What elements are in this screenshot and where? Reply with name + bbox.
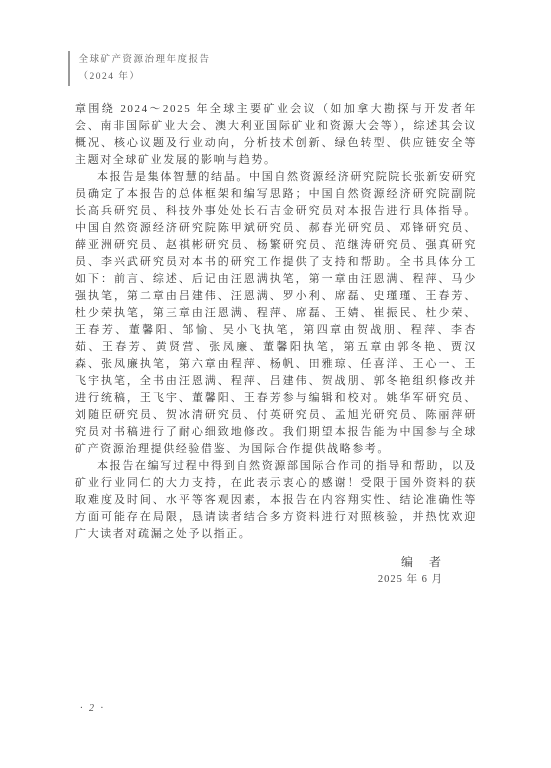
signature-date: 2025 年 6 月	[75, 572, 443, 587]
header-text: 全球矿产资源治理年度报告 （2024 年）	[79, 51, 211, 86]
paragraph-disclaimer: 本报告在编写过程中得到自然资源部国际合作司的指导和帮助，以及矿业行业同仁的大力支…	[75, 458, 477, 543]
page-body: 章围绕 2024～2025 年全球主要矿业会议（如加拿大勘探与开发者年会、南非国…	[75, 101, 477, 587]
page-number: · 2 ·	[80, 703, 105, 714]
header-rule	[68, 51, 70, 86]
report-year: （2024 年）	[79, 69, 211, 86]
running-header: 全球矿产资源治理年度报告 （2024 年）	[68, 51, 211, 86]
document-page: 全球矿产资源治理年度报告 （2024 年） 章围绕 2024～2025 年全球主…	[0, 0, 551, 768]
paragraph-acknowledgement: 本报告是集体智慧的结晶。中国自然资源经济研究院院长张新安研究员确定了本报告的总体…	[75, 169, 477, 458]
signature-author: 编 者	[75, 554, 443, 570]
page-footer: · 2 ·	[80, 703, 105, 714]
report-title: 全球矿产资源治理年度报告	[79, 52, 211, 69]
paragraph-continuation: 章围绕 2024～2025 年全球主要矿业会议（如加拿大勘探与开发者年会、南非国…	[75, 101, 477, 169]
signature-block: 编 者 2025 年 6 月	[75, 554, 477, 587]
